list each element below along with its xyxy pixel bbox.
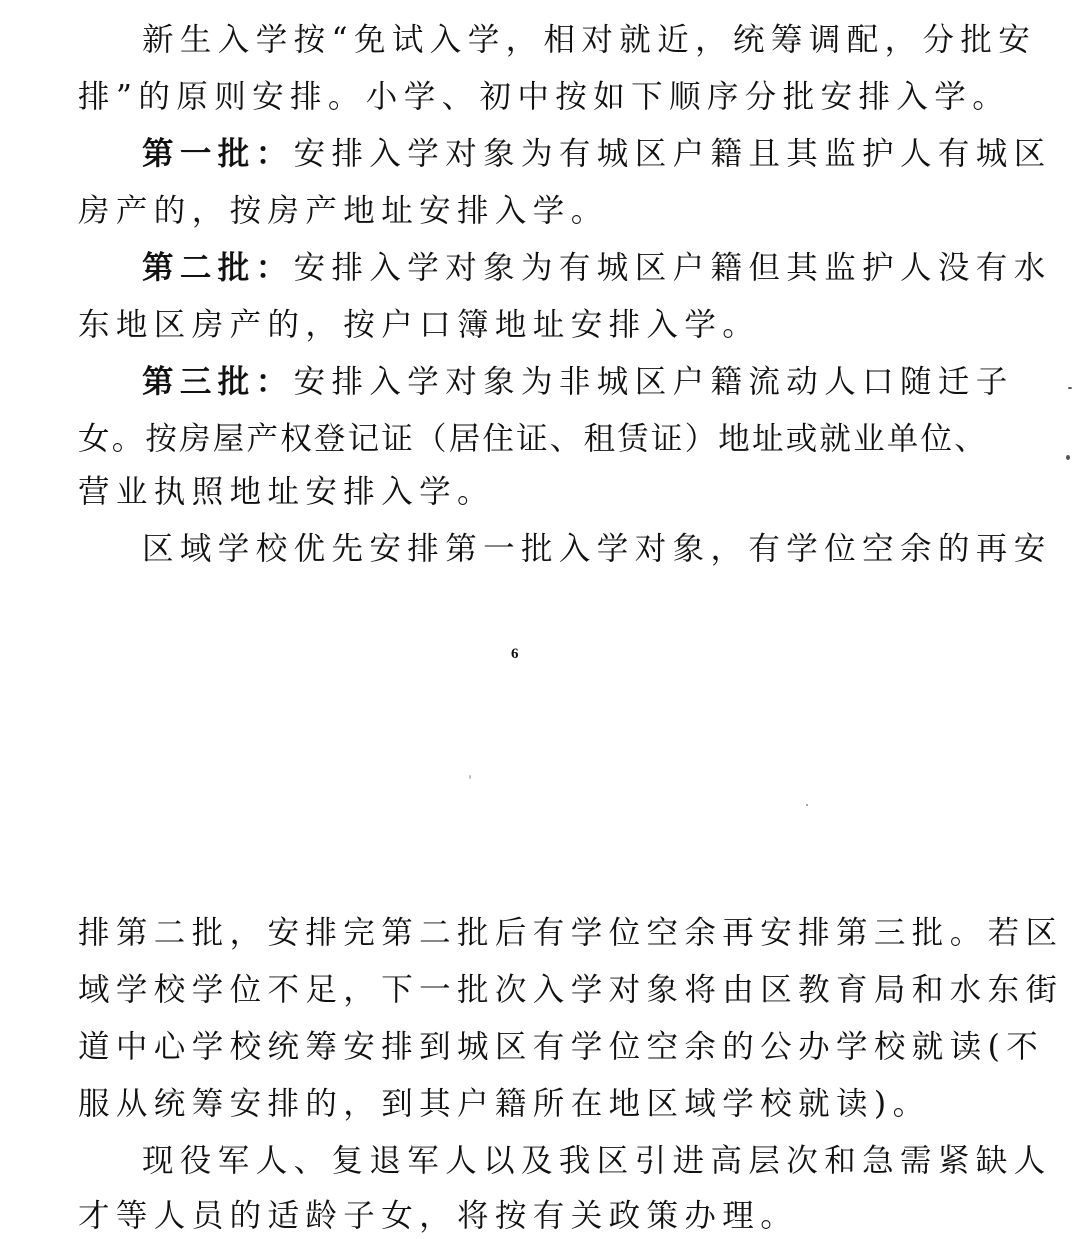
batch-one-line-2: 房产的，按房产地址安排入学。 <box>78 191 609 231</box>
scan-speck <box>469 775 471 779</box>
paragraph-intro-line-1: 新生入学按“免试入学，相对就近，统筹调配，分批安 <box>142 20 1036 60</box>
text: 营业执照地址安排入学。 <box>78 474 495 510</box>
page-number: 6 <box>511 646 519 663</box>
batch-three-line-3: 营业执照地址安排入学。 <box>78 472 495 512</box>
scan-speck <box>806 804 808 806</box>
priority-paragraph-line-3: 域学校学位不足，下一批次入学对象将由区教育局和水东街 <box>78 970 1063 1010</box>
scan-speck <box>1068 387 1072 389</box>
text: 房产的，按房产地址安排入学。 <box>78 193 609 229</box>
text: 女。按房屋产权登记证（居住证、租赁证）地址或就业单位、 <box>78 421 988 457</box>
batch-one-line-1: 第一批：安排入学对象为有城区户籍且其监护人有城区 <box>142 134 1052 174</box>
text: 道中心学校统筹安排到城区有学位空余的公办学校就读(不 <box>78 1029 1044 1065</box>
text: 区域学校优先安排第一批入学对象，有学位空余的再安 <box>142 531 1052 567</box>
batch-two-line-1: 第二批：安排入学对象为有城区户籍但其监护人没有水 <box>142 248 1052 288</box>
text: 服从统筹安排的，到其户籍所在地区域学校就读)。 <box>78 1086 931 1122</box>
text: 排第二批，安排完第二批后有学位空余再安排第三批。若区 <box>78 915 1063 951</box>
military-paragraph-line-1: 现役军人、复退军人以及我区引进高层次和急需紧缺人 <box>142 1141 1052 1181</box>
batch-three-line-1: 第三批：安排入学对象为非城区户籍流动人口随迁子 <box>142 362 1014 402</box>
text: 才等人员的适龄子女，将按有关政策办理。 <box>78 1198 798 1234</box>
batch-one-label: 第一批： <box>142 135 294 172</box>
priority-paragraph-line-4: 道中心学校统筹安排到城区有学位空余的公办学校就读(不 <box>78 1027 1044 1067</box>
text: 东地区房产的，按户口簿地址安排入学。 <box>78 307 760 343</box>
paragraph-intro-line-2: 排”的原则安排。小学、初中按如下顺序分批安排入学。 <box>78 77 1010 117</box>
batch-two-line-2: 东地区房产的，按户口簿地址安排入学。 <box>78 305 760 345</box>
text: 安排入学对象为有城区户籍但其监护人没有水 <box>294 250 1052 286</box>
priority-paragraph-line-5: 服从统筹安排的，到其户籍所在地区域学校就读)。 <box>78 1084 931 1124</box>
batch-two-label: 第二批： <box>142 249 294 286</box>
batch-three-line-2: 女。按房屋产权登记证（居住证、租赁证）地址或就业单位、 <box>78 419 988 459</box>
batch-three-label: 第三批： <box>142 363 294 400</box>
text: 现役军人、复退军人以及我区引进高层次和急需紧缺人 <box>142 1143 1052 1179</box>
text: 新生入学按“免试入学，相对就近，统筹调配，分批安 <box>142 22 1036 58</box>
text: 安排入学对象为有城区户籍且其监护人有城区 <box>294 136 1052 172</box>
military-paragraph-line-2: 才等人员的适龄子女，将按有关政策办理。 <box>78 1196 798 1236</box>
priority-paragraph-line-1: 区域学校优先安排第一批入学对象，有学位空余的再安 <box>142 529 1052 569</box>
text: 排”的原则安排。小学、初中按如下顺序分批安排入学。 <box>78 79 1010 115</box>
text: 安排入学对象为非城区户籍流动人口随迁子 <box>294 364 1014 400</box>
scan-speck <box>1066 455 1070 460</box>
text: 域学校学位不足，下一批次入学对象将由区教育局和水东街 <box>78 972 1063 1008</box>
priority-paragraph-line-2: 排第二批，安排完第二批后有学位空余再安排第三批。若区 <box>78 913 1063 953</box>
